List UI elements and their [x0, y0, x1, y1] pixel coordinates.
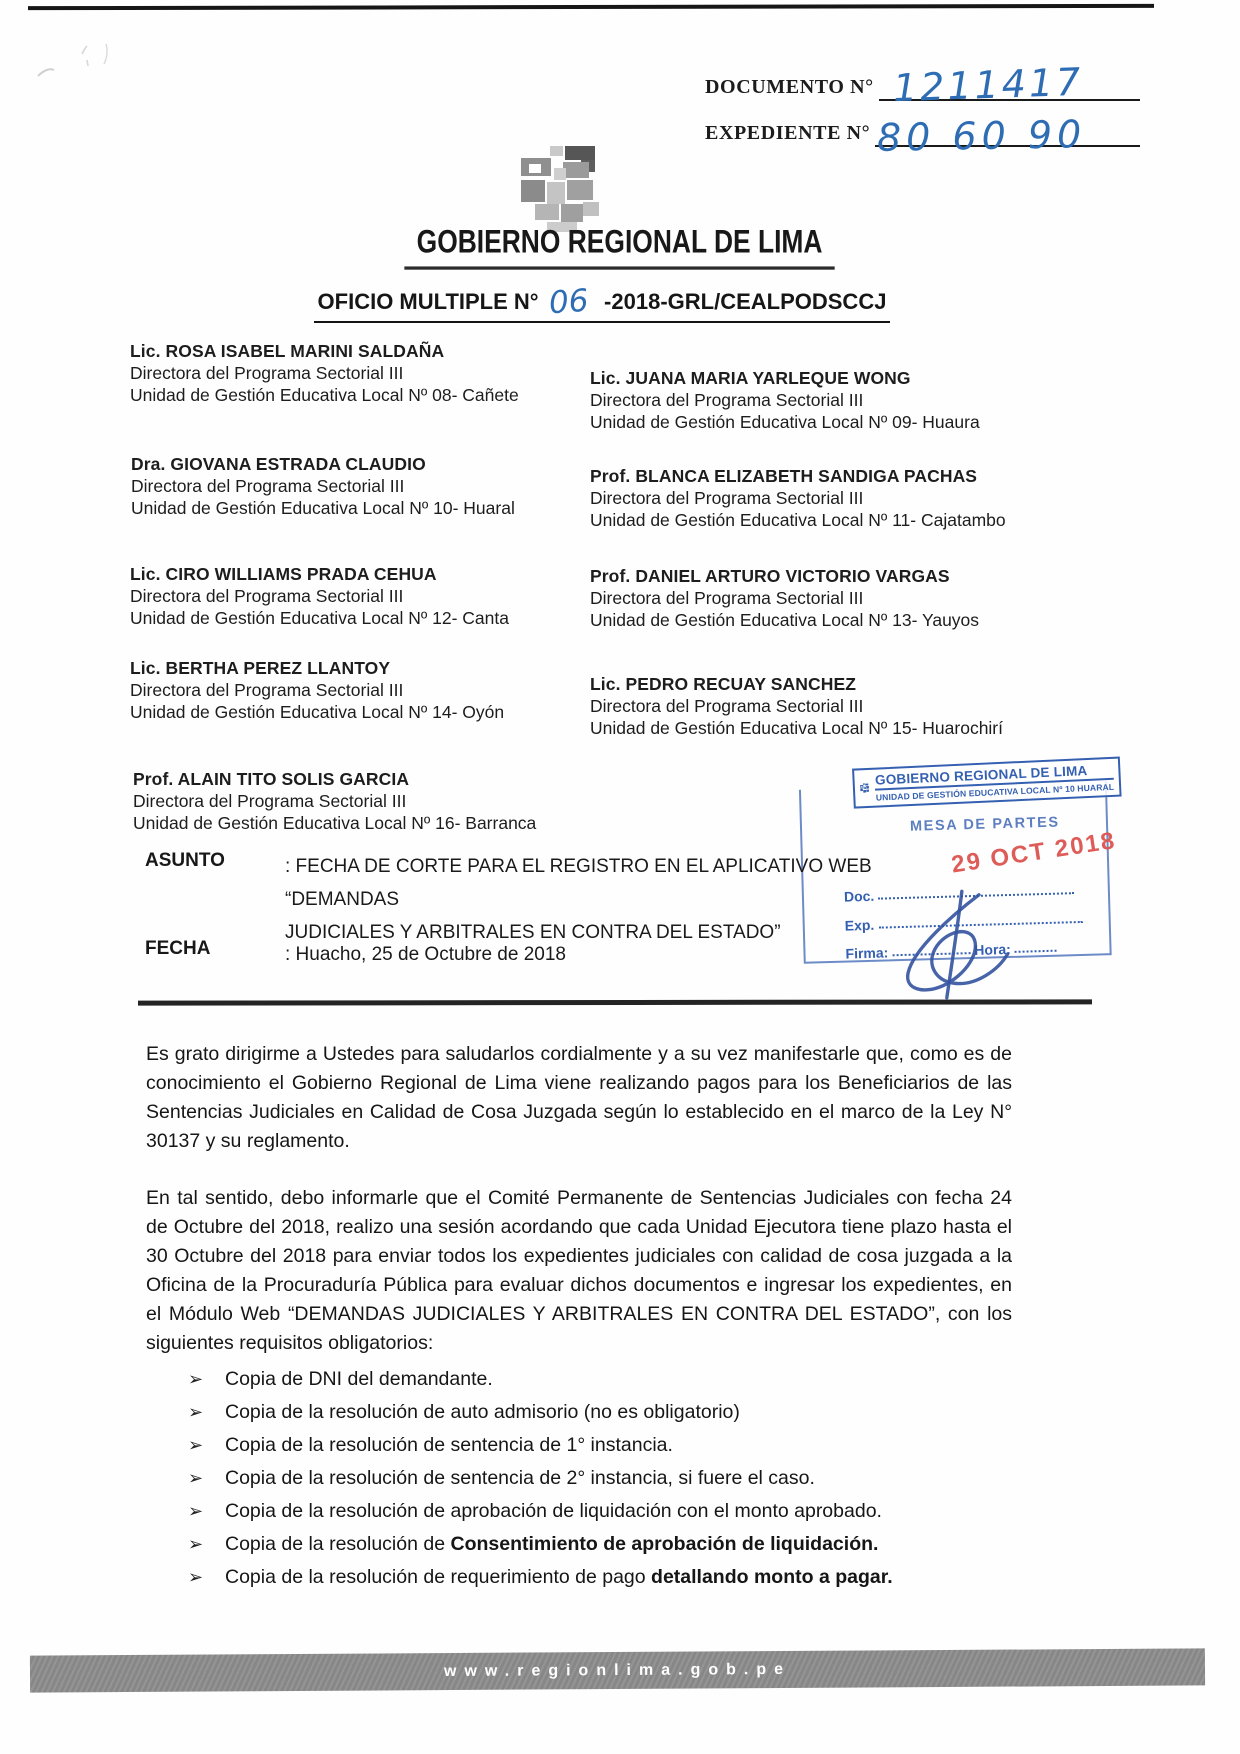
recipient-role: Directora del Programa Sectorial III	[133, 790, 588, 812]
document-id-block: DOCUMENTO N° 1211417 EXPEDIENTE N° 80 60…	[705, 58, 1140, 147]
requirement-text: Copia de la resolución de sentencia de 2…	[225, 1465, 815, 1491]
oficio-prefix: OFICIO MULTIPLE N°	[318, 289, 539, 314]
recipient-name: Lic. JUANA MARIA YARLEQUE WONG	[590, 367, 1045, 389]
documento-line: 1211417	[879, 56, 1140, 101]
asunto-row: ASUNTO : FECHA DE CORTE PARA EL REGISTRO…	[145, 850, 885, 949]
recipient-role: Directora del Programa Sectorial III	[130, 362, 585, 384]
asunto-label: ASUNTO	[145, 850, 285, 949]
requirement-item: ➢ Copia de la resolución de requerimient…	[188, 1564, 1033, 1590]
recipient-role: Directora del Programa Sectorial III	[590, 695, 1045, 717]
recipient-role: Directora del Programa Sectorial III	[590, 487, 1045, 509]
recipient-unit: Unidad de Gestión Educativa Local Nº 15-…	[590, 717, 1045, 739]
recipient-card: Lic. CIRO WILLIAMS PRADA CEHUA Directora…	[130, 563, 585, 629]
asunto-text: : FECHA DE CORTE PARA EL REGISTRO EN EL …	[285, 850, 885, 949]
requirement-item: ➢ Copia de la resolución de sentencia de…	[188, 1465, 1033, 1491]
recipient-card: Lic. BERTHA PEREZ LLANTOY Directora del …	[130, 657, 585, 723]
documento-row: DOCUMENTO N° 1211417	[705, 58, 1140, 101]
fecha-row: FECHA : Huacho, 25 de Octubre de 2018	[145, 938, 885, 971]
requirement-text: Copia de la resolución de requerimiento …	[225, 1564, 893, 1590]
expediente-row: EXPEDIENTE N° 80 60 90	[705, 104, 1140, 147]
arrow-bullet-icon: ➢	[188, 1432, 208, 1458]
requirement-text-normal: Copia de la resolución de requerimiento …	[225, 1566, 651, 1588]
requirement-text: Copia de la resolución de aprobación de …	[225, 1498, 882, 1524]
expediente-line: 80 60 90	[875, 102, 1140, 147]
requirement-item: ➢ Copia de DNI del demandante.	[188, 1366, 1033, 1392]
footer-bar: www.regionlima.gob.pe	[30, 1648, 1205, 1692]
recipient-unit: Unidad de Gestión Educativa Local Nº 08-…	[130, 384, 585, 406]
dotted-leader	[1015, 949, 1057, 953]
recipient-name: Lic. ROSA ISABEL MARINI SALDAÑA	[130, 340, 585, 362]
requirement-item: ➢ Copia de la resolución de auto admisor…	[188, 1399, 1033, 1425]
recipient-name: Lic. PEDRO RECUAY SANCHEZ	[590, 673, 1045, 695]
gobierno-regional-logo-icon	[521, 146, 605, 234]
requirement-text: Copia de la resolución de Consentimiento…	[225, 1531, 878, 1557]
requirement-text-normal: Copia de la resolución de aprobación de …	[225, 1500, 882, 1522]
oficio-title: OFICIO MULTIPLE N°06-2018-GRL/CEALPODSCC…	[314, 281, 891, 323]
requirement-item: ➢ Copia de la resolución de sentencia de…	[188, 1432, 1033, 1458]
scan-artifact-line	[28, 4, 1154, 10]
recipient-card: Dra. GIOVANA ESTRADA CLAUDIO Directora d…	[131, 453, 586, 519]
requirement-text-normal: Copia de la resolución de sentencia de 1…	[225, 1434, 673, 1456]
separator-rule	[138, 999, 1092, 1005]
recipient-card: Prof. BLANCA ELIZABETH SANDIGA PACHAS Di…	[590, 465, 1045, 531]
recipient-unit: Unidad de Gestión Educativa Local Nº 10-…	[131, 497, 586, 519]
recipient-role: Directora del Programa Sectorial III	[590, 587, 1045, 609]
recipient-name: Lic. BERTHA PEREZ LLANTOY	[130, 657, 585, 679]
recipient-name: Prof. ALAIN TITO SOLIS GARCIA	[133, 768, 588, 790]
recipient-card: Prof. ALAIN TITO SOLIS GARCIA Directora …	[133, 768, 588, 834]
recipient-name: Lic. CIRO WILLIAMS PRADA CEHUA	[130, 563, 585, 585]
expediente-handwritten-value: 80 60 90	[877, 112, 1087, 160]
document-page: DOCUMENTO N° 1211417 EXPEDIENTE N° 80 60…	[0, 0, 1240, 1754]
stamp-logo-icon	[859, 773, 870, 803]
recipient-unit: Unidad de Gestión Educativa Local Nº 09-…	[590, 411, 1045, 433]
expediente-label: EXPEDIENTE N°	[705, 122, 870, 147]
requirement-text: Copia de la resolución de auto admisorio…	[225, 1399, 740, 1425]
footer-url: www.regionlima.gob.pe	[444, 1660, 791, 1680]
recipient-role: Directora del Programa Sectorial III	[131, 475, 586, 497]
pencil-marks	[30, 40, 130, 85]
recipient-role: Directora del Programa Sectorial III	[130, 679, 585, 701]
body-paragraph-2: En tal sentido, debo informarle que el C…	[146, 1184, 1012, 1358]
arrow-bullet-icon: ➢	[188, 1465, 208, 1491]
recipient-card: Lic. JUANA MARIA YARLEQUE WONG Directora…	[590, 367, 1045, 433]
recipient-name: Prof. BLANCA ELIZABETH SANDIGA PACHAS	[590, 465, 1045, 487]
requirement-text-normal: Copia de DNI del demandante.	[225, 1368, 493, 1390]
requirement-text: Copia de la resolución de sentencia de 1…	[225, 1432, 673, 1458]
requirements-list: ➢ Copia de DNI del demandante. ➢ Copia d…	[188, 1366, 1033, 1597]
recipient-name: Prof. DANIEL ARTURO VICTORIO VARGAS	[590, 565, 1045, 587]
recipient-unit: Unidad de Gestión Educativa Local Nº 14-…	[130, 701, 585, 723]
requirement-text-normal: Copia de la resolución de	[225, 1533, 450, 1555]
fecha-text: : Huacho, 25 de Octubre de 2018	[285, 938, 566, 971]
recipient-unit: Unidad de Gestión Educativa Local Nº 12-…	[130, 607, 585, 629]
arrow-bullet-icon: ➢	[188, 1531, 208, 1557]
body-paragraph-1: Es grato dirigirme a Ustedes para saluda…	[146, 1040, 1012, 1156]
handwritten-signature	[884, 888, 1017, 1002]
oficio-number-handwritten: 06	[547, 283, 589, 322]
recipient-card: Lic. ROSA ISABEL MARINI SALDAÑA Director…	[130, 340, 585, 406]
arrow-bullet-icon: ➢	[188, 1564, 208, 1590]
arrow-bullet-icon: ➢	[188, 1498, 208, 1524]
org-title: GOBIERNO REGIONAL DE LIMA	[405, 224, 835, 269]
recipient-unit: Unidad de Gestión Educativa Local Nº 11-…	[590, 509, 1045, 531]
recipient-role: Directora del Programa Sectorial III	[590, 389, 1045, 411]
recipient-unit: Unidad de Gestión Educativa Local Nº 13-…	[590, 609, 1045, 631]
arrow-bullet-icon: ➢	[188, 1399, 208, 1425]
requirement-item: ➢ Copia de la resolución de aprobación d…	[188, 1498, 1033, 1524]
requirement-item: ➢ Copia de la resolución de Consentimien…	[188, 1531, 1033, 1557]
recipient-card: Prof. DANIEL ARTURO VICTORIO VARGAS Dire…	[590, 565, 1045, 631]
requirement-text-bold: detallando monto a pagar.	[651, 1566, 893, 1588]
stamp-header-text: GOBIERNO REGIONAL DE LIMA UNIDAD DE GEST…	[875, 762, 1115, 803]
recipient-name: Dra. GIOVANA ESTRADA CLAUDIO	[131, 453, 586, 475]
documento-label: DOCUMENTO N°	[705, 76, 874, 101]
oficio-suffix: -2018-GRL/CEALPODSCCJ	[604, 289, 886, 314]
oficio-title-row: OFICIO MULTIPLE N°06-2018-GRL/CEALPODSCC…	[0, 281, 1222, 323]
requirement-text: Copia de DNI del demandante.	[225, 1366, 493, 1392]
asunto-line-1: : FECHA DE CORTE PARA EL REGISTRO EN EL …	[285, 850, 885, 916]
requirement-text-bold: Consentimiento de aprobación de liquidac…	[450, 1533, 878, 1555]
requirement-text-normal: Copia de la resolución de auto admisorio…	[225, 1401, 740, 1423]
recipient-role: Directora del Programa Sectorial III	[130, 585, 585, 607]
recipient-unit: Unidad de Gestión Educativa Local Nº 16-…	[133, 812, 588, 834]
requirement-text-normal: Copia de la resolución de sentencia de 2…	[225, 1467, 815, 1489]
recipient-card: Lic. PEDRO RECUAY SANCHEZ Directora del …	[590, 673, 1045, 739]
org-title-row: GOBIERNO REGIONAL DE LIMA	[0, 226, 1240, 268]
fecha-label: FECHA	[145, 938, 285, 971]
arrow-bullet-icon: ➢	[188, 1366, 208, 1392]
